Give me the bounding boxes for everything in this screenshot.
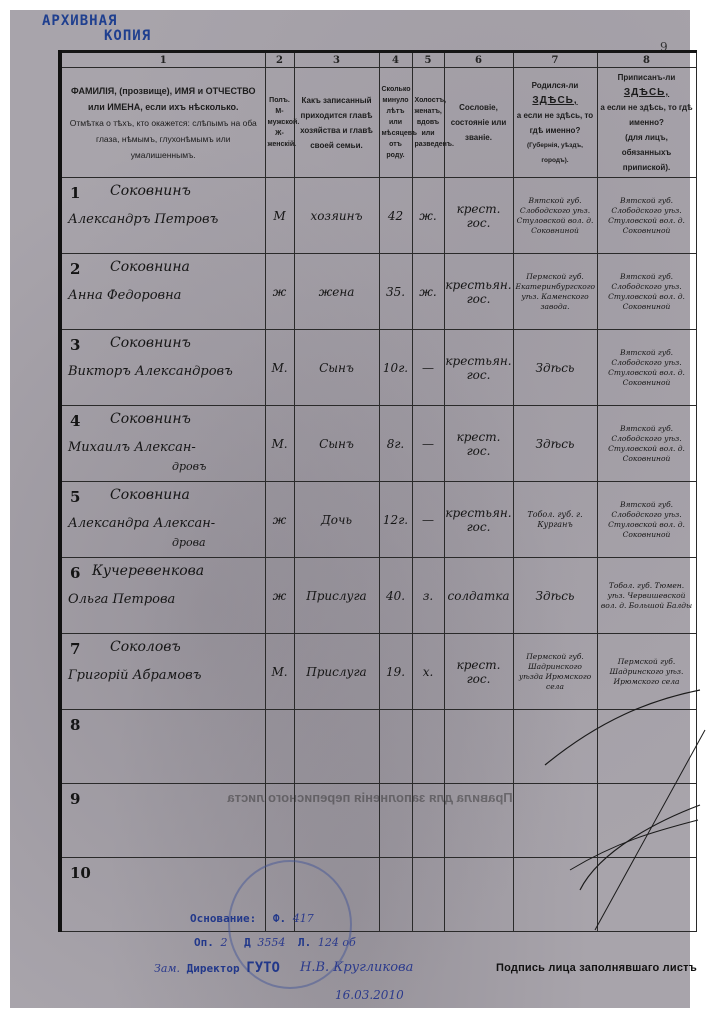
row-number: 10 xyxy=(70,864,91,882)
sex-cell: М. xyxy=(265,330,294,406)
birthplace-cell: Здѣсь xyxy=(513,330,597,406)
row-number: 8 xyxy=(70,716,80,734)
row-number: 5 xyxy=(70,488,80,506)
row-number: 3 xyxy=(70,336,80,354)
estate-cell: крестьян. гос. xyxy=(444,330,513,406)
registration-cell: Вятской губ. Слободского уѣз. Стуловской… xyxy=(597,178,696,254)
header-registration-note: (для лицъ, обязанныхъ припиской). xyxy=(600,130,694,175)
registration-cell: Вятской губ. Слободского уѣз. Стуловской… xyxy=(597,406,696,482)
age-cell: 10г. xyxy=(379,330,412,406)
birthplace-cell: Тобол. губ. г. Курганъ xyxy=(513,482,597,558)
colnum-3: 3 xyxy=(294,52,379,68)
header-row: ФАМИЛІЯ, (прозвище), ИМЯ и ОТЧЕСТВО или … xyxy=(60,68,696,178)
given-name: Григорій Абрамовъ xyxy=(68,668,201,683)
estate-cell: крест. гос. xyxy=(444,178,513,254)
registration-cell: Вятской губ. Слободского уѣз. Стуловской… xyxy=(597,482,696,558)
registration-cell: Вятской губ. Слободского уѣз. Стуловской… xyxy=(597,254,696,330)
table-row: 1 Соковнинъ Александръ Петровъ М хозяинъ… xyxy=(60,178,696,254)
given-name: Викторъ Александровъ xyxy=(68,364,233,379)
relation-cell: Прислуга xyxy=(294,558,379,634)
sex-cell: М. xyxy=(265,634,294,710)
header-marital: Холостъ, женатъ, вдовъ или разведенъ. xyxy=(412,68,444,178)
colnum-4: 4 xyxy=(379,52,412,68)
basis-label: Основание: xyxy=(190,912,256,925)
table-row: 6 Кучеревенкова Ольга Петрова ж Прислуга… xyxy=(60,558,696,634)
header-registration-emph: ЗДѢСЬ, xyxy=(624,87,669,98)
header-birthplace-rest: а если не здѣсь, то гдѣ именно? xyxy=(516,108,595,138)
name-cell: 5 Соковнина Александра Алексан- дрова xyxy=(60,482,265,558)
marital-cell: — xyxy=(412,406,444,482)
sex-cell: ж xyxy=(265,558,294,634)
colnum-1: 1 xyxy=(60,52,265,68)
sex-cell: ж xyxy=(265,254,294,330)
archive-copy-stamp: АРХИВНАЯ КОПИЯ xyxy=(42,14,151,44)
bleed-through-text: Правила для заполненія переписного листа xyxy=(150,790,590,805)
org-name: ГУТО xyxy=(246,960,280,976)
relation-cell: Сынъ xyxy=(294,330,379,406)
birthplace-cell xyxy=(513,710,597,784)
relation-cell: Прислуга xyxy=(294,634,379,710)
given-name-cont: дрова xyxy=(172,536,206,549)
marital-cell: х. xyxy=(412,634,444,710)
age-cell xyxy=(379,858,412,932)
surname: Соколовъ xyxy=(110,639,181,655)
birthplace-cell: Пермской губ. Екатеринбургского уѣз. Кам… xyxy=(513,254,597,330)
estate-cell: солдатка xyxy=(444,558,513,634)
header-relation: Какъ записанный приходится главѣ хозяйст… xyxy=(294,68,379,178)
sex-cell: ж xyxy=(265,482,294,558)
header-name-line1: ФАМИЛІЯ, (прозвище), ИМЯ и ОТЧЕСТВО или … xyxy=(64,83,263,115)
surname: Соковнина xyxy=(110,259,190,275)
row-number: 1 xyxy=(70,184,80,202)
row-number: 2 xyxy=(70,260,80,278)
header-name-line2: Отмѣтка о тѣхъ, кто окажется: слѣпымъ на… xyxy=(64,115,263,163)
colnum-8: 8 xyxy=(597,52,696,68)
estate-cell: крест. гос. xyxy=(444,634,513,710)
surname: Соковнинъ xyxy=(110,335,191,351)
birthplace-cell xyxy=(513,858,597,932)
header-registration-rest: а если не здѣсь, то гдѣ именно? xyxy=(600,100,694,130)
estate-cell: крестьян. гос. xyxy=(444,482,513,558)
given-name: Александръ Петровъ xyxy=(68,212,218,227)
age-cell: 8г. xyxy=(379,406,412,482)
header-name: ФАМИЛІЯ, (прозвище), ИМЯ и ОТЧЕСТВО или … xyxy=(60,68,265,178)
name-cell: 4 Соковнинъ Михаилъ Алексан- дровъ xyxy=(60,406,265,482)
surname: Соковнина xyxy=(110,487,190,503)
director-prefix: Зам. xyxy=(154,962,180,975)
birthplace-cell: Вятской губ. Слободского уѣз. Стуловской… xyxy=(513,178,597,254)
list-label: Л. xyxy=(298,936,311,949)
archive-stamp-line2: КОПИЯ xyxy=(42,29,151,44)
given-name: Анна Федоровна xyxy=(68,288,181,303)
given-name: Михаилъ Алексан- xyxy=(68,440,196,455)
header-birthplace-emph: ЗДѢСЬ, xyxy=(532,95,577,106)
given-name: Ольга Петрова xyxy=(68,592,175,607)
registration-cell: Пермской губ. Шадринского уѣз. Ирюмского… xyxy=(597,634,696,710)
fond-value: 417 xyxy=(293,912,314,925)
surname: Соковнинъ xyxy=(110,183,191,199)
signature-date: 16.03.2010 xyxy=(335,988,404,1002)
marital-cell: ж. xyxy=(412,178,444,254)
filler-signature-label: Подпись лица заполнявшаго листъ xyxy=(496,962,697,974)
relation-cell: жена xyxy=(294,254,379,330)
given-name-cont: дровъ xyxy=(172,460,206,473)
name-cell: 6 Кучеревенкова Ольга Петрова xyxy=(60,558,265,634)
colnum-5: 5 xyxy=(412,52,444,68)
age-cell: 35. xyxy=(379,254,412,330)
row-number: 7 xyxy=(70,640,80,658)
name-cell: 2 Соковнина Анна Федоровна xyxy=(60,254,265,330)
estate-cell xyxy=(444,710,513,784)
registration-cell xyxy=(597,858,696,932)
registration-cell: Вятской губ. Слободского уѣз. Стуловской… xyxy=(597,330,696,406)
header-estate: Сословіе, состояніе или званіе. xyxy=(444,68,513,178)
row-number: 9 xyxy=(70,790,80,808)
registration-cell xyxy=(597,710,696,784)
surname: Кучеревенкова xyxy=(92,563,204,579)
relation-cell xyxy=(294,710,379,784)
age-cell: 42 xyxy=(379,178,412,254)
age-cell: 40. xyxy=(379,558,412,634)
colnum-6: 6 xyxy=(444,52,513,68)
relation-cell: Дочь xyxy=(294,482,379,558)
marital-cell: — xyxy=(412,482,444,558)
name-cell: 8 xyxy=(60,710,265,784)
delo-value: 3554 xyxy=(257,936,285,949)
table-row: 10 xyxy=(60,858,696,932)
estate-cell xyxy=(444,858,513,932)
archive-stamp-line1: АРХИВНАЯ xyxy=(42,14,151,29)
table-row: 7 Соколовъ Григорій Абрамовъ М. Прислуга… xyxy=(60,634,696,710)
table-row: 3 Соковнинъ Викторъ Александровъ М. Сынъ… xyxy=(60,330,696,406)
table-row: 5 Соковнина Александра Алексан- дрова ж … xyxy=(60,482,696,558)
marital-cell xyxy=(412,858,444,932)
estate-cell: крестьян. гос. xyxy=(444,254,513,330)
birthplace-cell: Здѣсь xyxy=(513,558,597,634)
birthplace-cell: Пермской губ. Шадринского уѣзда Ирюмског… xyxy=(513,634,597,710)
fond-label: Ф. xyxy=(273,912,286,925)
row-number: 4 xyxy=(70,412,80,430)
marital-cell: з. xyxy=(412,558,444,634)
age-cell xyxy=(379,710,412,784)
estate-cell: крест. гос. xyxy=(444,406,513,482)
header-birthplace: Родился-ли ЗДѢСЬ, а если не здѣсь, то гд… xyxy=(513,68,597,178)
name-cell: 3 Соковнинъ Викторъ Александровъ xyxy=(60,330,265,406)
given-name: Александра Алексан- xyxy=(68,516,215,531)
table-row: 8 xyxy=(60,710,696,784)
header-registration: Приписанъ-ли ЗДѢСЬ, а если не здѣсь, то … xyxy=(597,68,696,178)
marital-cell: ж. xyxy=(412,254,444,330)
relation-cell: Сынъ xyxy=(294,406,379,482)
marital-cell xyxy=(412,710,444,784)
colnum-7: 7 xyxy=(513,52,597,68)
row-number: 6 xyxy=(70,564,80,582)
sex-cell xyxy=(265,710,294,784)
table-row: 4 Соковнинъ Михаилъ Алексан- дровъ М. Сы… xyxy=(60,406,696,482)
header-age: Сколько минуло лѣтъ или мѣсяцевъ отъ род… xyxy=(379,68,412,178)
director-label: Директор xyxy=(187,962,240,975)
opis-value: 2 xyxy=(221,936,228,949)
delo-label: Д xyxy=(244,936,251,949)
sex-cell: М. xyxy=(265,406,294,482)
header-sex: Полъ. М-мужской. Ж-женскій. xyxy=(265,68,294,178)
colnum-2: 2 xyxy=(265,52,294,68)
sex-cell: М xyxy=(265,178,294,254)
header-birthplace-prefix: Родился-ли xyxy=(532,81,579,90)
registration-cell: Тобол. губ. Тюмен. уѣз. Червишевской вол… xyxy=(597,558,696,634)
list-value: 124 об xyxy=(318,936,356,949)
column-number-row: 1 2 3 4 5 6 7 8 xyxy=(60,52,696,68)
registration-cell xyxy=(597,784,696,858)
table-row: 2 Соковнина Анна Федоровна ж жена 35. ж.… xyxy=(60,254,696,330)
director-signature: Н.В. Кругликова xyxy=(300,960,413,975)
age-cell: 19. xyxy=(379,634,412,710)
name-cell: 7 Соколовъ Григорій Абрамовъ xyxy=(60,634,265,710)
opis-label: Оп. xyxy=(194,936,214,949)
marital-cell: — xyxy=(412,330,444,406)
age-cell: 12г. xyxy=(379,482,412,558)
header-registration-prefix: Приписанъ-ли xyxy=(618,73,676,82)
surname: Соковнинъ xyxy=(110,411,191,427)
relation-cell: хозяинъ xyxy=(294,178,379,254)
header-birthplace-note: (Губернія, уѣздъ, городъ). xyxy=(516,138,595,168)
birthplace-cell: Здѣсь xyxy=(513,406,597,482)
name-cell: 1 Соковнинъ Александръ Петровъ xyxy=(60,178,265,254)
